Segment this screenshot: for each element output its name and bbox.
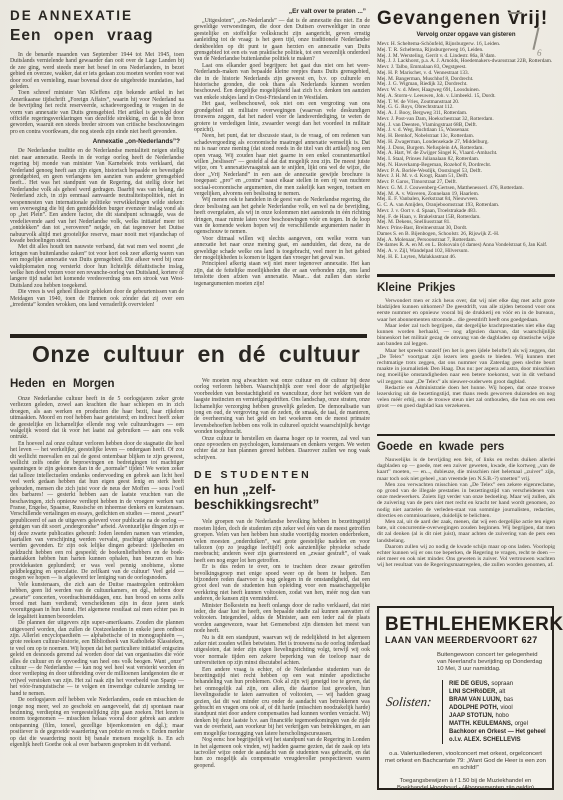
paragraph: De oorlogsjaren zelf hebben vele Nederla… — [10, 697, 184, 748]
paragraph: Met dit alles houdt ten nauwste verband,… — [10, 244, 184, 289]
annexatie-title: DE ANNEXATIE — [10, 8, 184, 23]
paragraph: Een andere vraag is echter, of de Nederl… — [194, 667, 370, 737]
annexatie-crosshead-left: Annexatie „on-Nederlands”? — [10, 138, 180, 145]
paragraph: Redactie en Administratie doen het hunne… — [377, 385, 555, 410]
gevangenen-title: Gevangenen Vrij! — [377, 8, 555, 30]
paragraph: En hoeveel zal onze cultuur verloren heb… — [10, 441, 184, 582]
section-goede-kwade-pers: Goede en kwade pers Nauwelijks is de bev… — [377, 439, 555, 602]
paragraph: Daarom zullen wij zo nodig de kwade schi… — [377, 544, 555, 569]
article-cultuur-left: Heden en Morgen Onze Nederlandse cultuur… — [10, 378, 184, 792]
paragraph: Nog eens: hoe begrijpelijk wij het stand… — [194, 737, 370, 769]
paragraph: Er is dus reden te over, om te trachten … — [194, 564, 370, 602]
advert-soloists: Solisten: RIE DE GEUS,sopraanLINI SCHRöD… — [385, 680, 546, 744]
goede-kwade-title: Goede en kwade pers — [377, 441, 555, 453]
culture-headline: Onze cultuur en dé cultuur — [10, 341, 367, 368]
advert-address: LAAN VAN MEERDERVOORT 627 — [385, 635, 546, 645]
gevangenen-name-list: Mevr. H. Scheltema-Schönfeld, Rijnsburge… — [377, 42, 555, 261]
soloist-line: JAAP STOTIJN,hobo — [449, 712, 546, 720]
paragraph: We moeten nog afwachten wat onze cultuur… — [194, 378, 370, 436]
pencil-dash-mark — [508, 12, 522, 14]
paragraph: Neen, het punt, dat ter discussie staat,… — [194, 133, 370, 197]
soloist-role: viool — [500, 705, 512, 711]
paragraph: Principieel afkerig staan wij niet meer … — [194, 261, 370, 287]
kleine-prikjes-title: Kleine Prikjes — [377, 282, 555, 294]
article-cultuur-mid: We moeten nog afwachten wat onze cultuur… — [194, 378, 370, 792]
advert-bethlehemkerk: BETHLEHEMKERK LAAN VAN MEERDERVOORT 627 … — [377, 606, 554, 790]
paragraph: Toen schreef minister Van Kleffens zijn … — [10, 90, 184, 135]
soloist-role: sopraan — [491, 681, 513, 687]
soloist-name: BRAM VAN LUIJN, — [449, 697, 502, 703]
list-item: Mej. H. E. Luyten, Malakkastraat 46. — [377, 255, 555, 261]
kleine-prikjes-body: Verwondert men er zich heus over, dat wi… — [377, 298, 555, 410]
paragraph: Nauwelijks is de bevrijding een feit, of… — [377, 457, 555, 482]
soloist-line: RIE DE GEUS,sopraan — [449, 680, 546, 688]
soloist-name: Bachkoor en Orkest — Het geheel — [449, 729, 546, 735]
advert-title: BETHLEHEMKERK — [385, 615, 546, 634]
paragraph: Men zal, uit de aard der zaak, menen, da… — [377, 519, 555, 544]
pencil-number-mark: 6 — [537, 48, 542, 58]
soloist-line: BRAM VAN LUIJN,bas — [449, 696, 546, 704]
paragraph: Nu is dit een standpunt, waarvan wij de … — [194, 635, 370, 667]
section-kleine-prikjes: Kleine Prikjes Verwondert men er zich he… — [377, 280, 555, 432]
advert-program: o.a. Valeriusliederen, vioolconcert met … — [385, 751, 546, 772]
soloist-name: JAAP STOTIJN, — [449, 713, 493, 719]
divider-kleine-prikjes — [377, 274, 555, 277]
paragraph: Maar ieder zal toch begrijpen, dat derge… — [377, 323, 555, 348]
paragraph: Onze Nederlandse cultuur heeft in de 5 o… — [10, 396, 184, 441]
goede-kwade-body: Nauwelijks is de bevrijding een feit, of… — [377, 457, 555, 569]
article-annexatie-mid: „Er valt over te praten ...” „Uitgeslote… — [194, 8, 370, 334]
paragraph: De Nederlandse traditie en de Nederlands… — [10, 148, 184, 244]
annexatie-crosshead-mid: „Er valt over te praten ...” — [194, 8, 366, 15]
paragraph: „Uitgesloten”, „on-Nederlands” — dat is … — [194, 18, 370, 63]
paragraph: Maar het spreekt vanzelf (en het is geen… — [377, 348, 555, 385]
cultuur-left-body: Onze Nederlandse cultuur heeft in de 5 o… — [10, 396, 184, 748]
soloist-line: MATTH. KEULEMANS,orgel — [449, 720, 546, 728]
annexatie-left-body: De Nederlandse traditie en de Nederlands… — [10, 148, 184, 308]
paragraph: Wij menen ook te handelen in de geest va… — [194, 197, 370, 235]
studenten-body: Vele groepen van de Nederlandse bevolkin… — [194, 519, 370, 769]
section-gevangenen-vrij: Gevangenen Vrij! Vervolg onzer opgave va… — [377, 8, 555, 270]
soloist-role: bas — [504, 697, 514, 703]
soloist-name: RIE DE GEUS, — [449, 681, 489, 687]
paragraph: Vele kunstenaars, die zich aan de Duitse… — [10, 582, 184, 620]
article-annexatie-left: DE ANNEXATIE Een open vraag In de benard… — [10, 8, 184, 334]
paragraph: Die vrees is wel geheel illusoir gebleke… — [10, 289, 184, 308]
paragraph: Het gaat, welbeschouwd, ook niet om een … — [194, 101, 370, 133]
divider-culture — [10, 334, 367, 338]
paragraph: In de benarde maanden van September 1944… — [10, 52, 184, 90]
soloist-role: alt — [499, 689, 505, 695]
soloist-line: Bachkoor en Orkest — Het geheel — [449, 728, 546, 736]
soloists-label: Solisten: — [382, 680, 446, 744]
studenten-title-line1: DE STUDENTEN — [194, 469, 370, 481]
paragraph: Minister Bolkestein nu heeft onlangs doo… — [194, 603, 370, 635]
advert-intro: Buitengewoon concert ter gelegenheid van… — [437, 652, 546, 674]
paragraph: Onze cultuur te herstellen en daarna hog… — [194, 436, 370, 462]
studenten-title-line2: en hun „zelf-beschikkingsrecht” — [194, 482, 370, 512]
paragraph: Verwondert men er zich heus over, dat wi… — [377, 298, 555, 323]
newspaper-page: DE ANNEXATIE Een open vraag In de benard… — [0, 0, 563, 800]
paragraph: De plannen der uitgevers zijn super-amer… — [10, 620, 184, 697]
gevangenen-subtitle: Vervolg onzer opgave van gisteren — [377, 32, 555, 38]
annexatie-intro: In de benarde maanden van September 1944… — [10, 52, 184, 135]
annexatie-mid-body: „Uitgesloten”, „on-Nederlands” — dat is … — [194, 18, 370, 287]
cultuur-subhead: Heden en Morgen — [10, 378, 184, 390]
soloist-role: orgel — [515, 721, 528, 727]
annexatie-subtitle: Een open vraag — [10, 27, 184, 45]
soloist-line: LINI SCHRöDER,alt — [449, 688, 546, 696]
soloist-name: ADOLPHE POTH, — [449, 705, 498, 711]
soloist-line: o.l.v. ALEX. SCHELLEVIS — [449, 736, 546, 744]
soloist-name: o.l.v. ALEX. SCHELLEVIS — [449, 737, 521, 743]
divider-goede-kwade — [377, 434, 555, 436]
soloist-role: hobo — [495, 713, 508, 719]
soloist-name: LINI SCHRöDER, — [449, 689, 497, 695]
soloists-list: RIE DE GEUS,sopraanLINI SCHRöDER,altBRAM… — [442, 680, 546, 744]
paragraph: Vele groepen van de Nederlandse bevolkin… — [194, 519, 370, 564]
paragraph: Laat ons elkander goed begrijpen: het ga… — [194, 63, 370, 101]
soloist-name: MATTH. KEULEMANS, — [449, 721, 513, 727]
cultuur-mid-body: We moeten nog afwachten wat onze cultuur… — [194, 378, 370, 461]
paragraph: Men zou verwachten misschien van „De Tel… — [377, 482, 555, 519]
soloist-line: ADOLPHE POTH,viool — [449, 704, 546, 712]
advert-tickets: Toegangsbewijzen à f 1.50 bij de Muziekh… — [385, 778, 546, 792]
paragraph: Voor ditmaal willen wij slechts aangeven… — [194, 236, 370, 262]
